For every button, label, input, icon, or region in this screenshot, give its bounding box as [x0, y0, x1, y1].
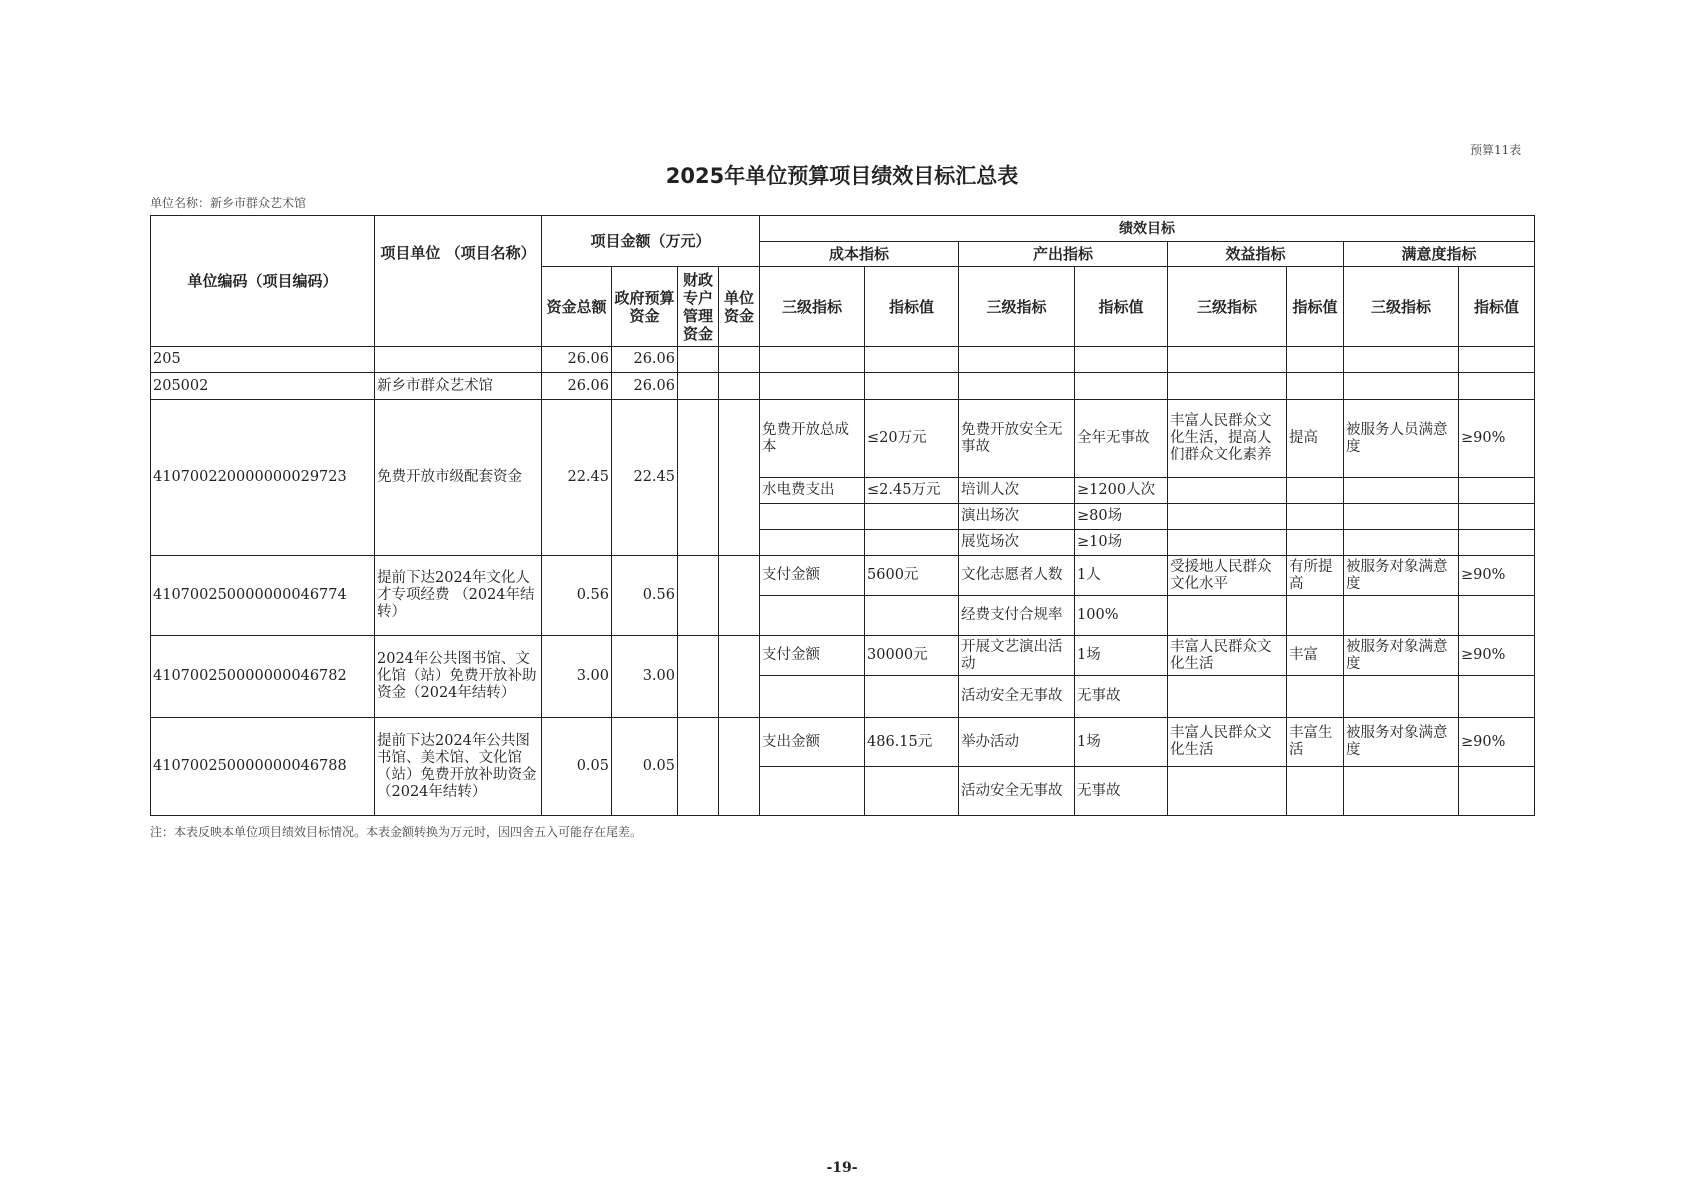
sat-value-cell: ≥90%	[1459, 636, 1535, 676]
output-value-cell: 100%	[1075, 596, 1168, 636]
cost-value-cell	[865, 676, 959, 718]
unit-code-cell: 410700250000000046788	[151, 718, 375, 816]
project-name-cell: 免费开放市级配套资金	[375, 400, 542, 556]
page-number: -19-	[0, 1160, 1684, 1176]
indicator-cell	[1168, 373, 1287, 400]
header-sat-level3: 三级指标	[1344, 267, 1459, 347]
gov-budget-cell: 26.06	[612, 347, 678, 373]
unit-code-cell: 205	[151, 347, 375, 373]
cost-level3-cell: 支付金额	[760, 556, 865, 596]
table-row: 410700250000000046774提前下达2024年文化人才专项经费 （…	[151, 556, 1535, 596]
output-level3-cell: 培训人次	[959, 478, 1075, 504]
sat-level3-cell	[1344, 596, 1459, 636]
sat-level3-cell: 被服务对象满意度	[1344, 556, 1459, 596]
fiscal-special-cell	[678, 636, 719, 718]
fiscal-special-cell	[678, 400, 719, 556]
sat-level3-cell: 被服务对象满意度	[1344, 636, 1459, 676]
header-unit-code: 单位编码（项目编码）	[151, 216, 375, 347]
output-value-cell: 1人	[1075, 556, 1168, 596]
unit-code-cell: 410700220000000029723	[151, 400, 375, 556]
gov-budget-cell: 0.56	[612, 556, 678, 636]
cost-value-cell: 30000元	[865, 636, 959, 676]
summary-row: 20526.0626.06	[151, 347, 1535, 373]
sat-level3-cell	[1344, 767, 1459, 816]
header-output-indicator: 产出指标	[959, 242, 1168, 267]
unit-funds-cell	[719, 636, 760, 718]
output-level3-cell: 举办活动	[959, 718, 1075, 767]
header-cost-indicator: 成本指标	[760, 242, 959, 267]
sat-level3-cell	[1344, 504, 1459, 530]
page-title: 2025年单位预算项目绩效目标汇总表	[0, 160, 1684, 190]
indicator-cell	[760, 347, 865, 373]
output-level3-cell: 开展文艺演出活动	[959, 636, 1075, 676]
table-row: 4107002500000000467822024年公共图书馆、文化馆（站）免费…	[151, 636, 1535, 676]
gov-budget-cell: 22.45	[612, 400, 678, 556]
header-sat-value: 指标值	[1459, 267, 1535, 347]
header-unit-funds: 单位资金	[719, 267, 760, 347]
output-value-cell: 无事故	[1075, 767, 1168, 816]
benefit-level3-cell: 受援地人民群众文化水平	[1168, 556, 1287, 596]
indicator-cell	[1287, 347, 1344, 373]
cost-level3-cell: 水电费支出	[760, 478, 865, 504]
fiscal-special-cell	[678, 556, 719, 636]
project-name-cell	[375, 347, 542, 373]
cost-level3-cell	[760, 530, 865, 556]
header-fiscal-special: 财政专户管理资金	[678, 267, 719, 347]
project-name-cell: 提前下达2024年文化人才专项经费 （2024年结转）	[375, 556, 542, 636]
output-value-cell: ≥10场	[1075, 530, 1168, 556]
sat-value-cell	[1459, 676, 1535, 718]
header-benefit-value: 指标值	[1287, 267, 1344, 347]
sat-level3-cell	[1344, 530, 1459, 556]
benefit-level3-cell	[1168, 504, 1287, 530]
sat-level3-cell	[1344, 676, 1459, 718]
cost-value-cell	[865, 767, 959, 816]
project-name-cell: 提前下达2024年公共图书馆、美术馆、文化馆（站）免费开放补助资金（2024年结…	[375, 718, 542, 816]
header-total-funds: 资金总额	[542, 267, 612, 347]
indicator-cell	[1075, 347, 1168, 373]
unit-name-label: 单位名称：新乡市群众艺术馆	[150, 194, 306, 211]
output-level3-cell: 经费支付合规率	[959, 596, 1075, 636]
output-level3-cell: 免费开放安全无事故	[959, 400, 1075, 478]
fiscal-special-cell	[678, 373, 719, 400]
benefit-value-cell	[1287, 767, 1344, 816]
indicator-cell	[959, 373, 1075, 400]
header-gov-budget: 政府预算资金	[612, 267, 678, 347]
unit-funds-cell	[719, 718, 760, 816]
benefit-value-cell	[1287, 530, 1344, 556]
indicator-cell	[1459, 373, 1535, 400]
indicator-cell	[1344, 347, 1459, 373]
cost-value-cell: 486.15元	[865, 718, 959, 767]
benefit-value-cell	[1287, 676, 1344, 718]
indicator-cell	[1168, 347, 1287, 373]
header-performance-group: 绩效目标	[760, 216, 1535, 242]
benefit-value-cell: 提高	[1287, 400, 1344, 478]
benefit-level3-cell	[1168, 767, 1287, 816]
cost-level3-cell: 免费开放总成本	[760, 400, 865, 478]
cost-value-cell	[865, 504, 959, 530]
indicator-cell	[1075, 373, 1168, 400]
form-number: 预算11表	[1470, 141, 1521, 158]
indicator-cell	[865, 347, 959, 373]
unit-funds-cell	[719, 373, 760, 400]
indicator-cell	[1344, 373, 1459, 400]
cost-value-cell	[865, 596, 959, 636]
gov-budget-cell: 26.06	[612, 373, 678, 400]
benefit-level3-cell: 丰富人民群众文化生活，提高人们群众文化素养	[1168, 400, 1287, 478]
total-funds-cell: 26.06	[542, 347, 612, 373]
sat-value-cell	[1459, 596, 1535, 636]
cost-level3-cell	[760, 676, 865, 718]
output-value-cell: 全年无事故	[1075, 400, 1168, 478]
benefit-level3-cell	[1168, 596, 1287, 636]
cost-level3-cell: 支付金额	[760, 636, 865, 676]
summary-row: 205002新乡市群众艺术馆26.0626.06	[151, 373, 1535, 400]
benefit-value-cell: 丰富生活	[1287, 718, 1344, 767]
total-funds-cell: 22.45	[542, 400, 612, 556]
output-level3-cell: 活动安全无事故	[959, 676, 1075, 718]
cost-level3-cell	[760, 596, 865, 636]
cost-value-cell: ≤20万元	[865, 400, 959, 478]
indicator-cell	[1459, 347, 1535, 373]
unit-funds-cell	[719, 556, 760, 636]
sat-value-cell: ≥90%	[1459, 718, 1535, 767]
benefit-value-cell	[1287, 478, 1344, 504]
unit-code-cell: 410700250000000046774	[151, 556, 375, 636]
project-name-cell: 新乡市群众艺术馆	[375, 373, 542, 400]
output-level3-cell: 活动安全无事故	[959, 767, 1075, 816]
total-funds-cell: 26.06	[542, 373, 612, 400]
header-benefit-level3: 三级指标	[1168, 267, 1287, 347]
output-value-cell: 1场	[1075, 718, 1168, 767]
output-level3-cell: 演出场次	[959, 504, 1075, 530]
project-name-cell: 2024年公共图书馆、文化馆（站）免费开放补助资金（2024年结转）	[375, 636, 542, 718]
unit-funds-cell	[719, 347, 760, 373]
sat-value-cell	[1459, 767, 1535, 816]
output-level3-cell: 文化志愿者人数	[959, 556, 1075, 596]
sat-value-cell: ≥90%	[1459, 400, 1535, 478]
sat-level3-cell: 被服务人员满意度	[1344, 400, 1459, 478]
gov-budget-cell: 0.05	[612, 718, 678, 816]
sat-value-cell	[1459, 504, 1535, 530]
benefit-level3-cell	[1168, 676, 1287, 718]
performance-table: 单位编码（项目编码） 项目单位 （项目名称） 项目金额（万元） 绩效目标 成本指…	[150, 215, 1535, 816]
footnote: 注：本表反映本单位项目绩效目标情况。本表金额转换为万元时，因四舍五入可能存在尾差…	[150, 823, 642, 840]
total-funds-cell: 3.00	[542, 636, 612, 718]
total-funds-cell: 0.56	[542, 556, 612, 636]
sat-level3-cell	[1344, 478, 1459, 504]
output-value-cell: ≥80场	[1075, 504, 1168, 530]
cost-level3-cell: 支出金额	[760, 718, 865, 767]
output-value-cell: 1场	[1075, 636, 1168, 676]
indicator-cell	[865, 373, 959, 400]
header-cost-level3: 三级指标	[760, 267, 865, 347]
benefit-level3-cell	[1168, 478, 1287, 504]
sat-level3-cell: 被服务对象满意度	[1344, 718, 1459, 767]
unit-code-cell: 410700250000000046782	[151, 636, 375, 718]
output-value-cell: 无事故	[1075, 676, 1168, 718]
unit-code-cell: 205002	[151, 373, 375, 400]
sat-value-cell	[1459, 530, 1535, 556]
total-funds-cell: 0.05	[542, 718, 612, 816]
sat-value-cell	[1459, 478, 1535, 504]
header-benefit-indicator: 效益指标	[1168, 242, 1344, 267]
header-output-level3: 三级指标	[959, 267, 1075, 347]
indicator-cell	[959, 347, 1075, 373]
output-level3-cell: 展览场次	[959, 530, 1075, 556]
indicator-cell	[1287, 373, 1344, 400]
header-project-unit: 项目单位 （项目名称）	[375, 216, 542, 347]
indicator-cell	[760, 373, 865, 400]
benefit-value-cell: 有所提高	[1287, 556, 1344, 596]
cost-value-cell: 5600元	[865, 556, 959, 596]
benefit-level3-cell: 丰富人民群众文化生活	[1168, 636, 1287, 676]
cost-level3-cell	[760, 504, 865, 530]
benefit-value-cell: 丰富	[1287, 636, 1344, 676]
unit-funds-cell	[719, 400, 760, 556]
benefit-value-cell	[1287, 596, 1344, 636]
header-satisfaction-indicator: 满意度指标	[1344, 242, 1535, 267]
gov-budget-cell: 3.00	[612, 636, 678, 718]
fiscal-special-cell	[678, 347, 719, 373]
table-row: 410700250000000046788提前下达2024年公共图书馆、美术馆、…	[151, 718, 1535, 767]
header-cost-value: 指标值	[865, 267, 959, 347]
table-row: 410700220000000029723免费开放市级配套资金22.4522.4…	[151, 400, 1535, 478]
benefit-level3-cell: 丰富人民群众文化生活	[1168, 718, 1287, 767]
cost-value-cell	[865, 530, 959, 556]
benefit-value-cell	[1287, 504, 1344, 530]
cost-value-cell: ≤2.45万元	[865, 478, 959, 504]
benefit-level3-cell	[1168, 530, 1287, 556]
fiscal-special-cell	[678, 718, 719, 816]
output-value-cell: ≥1200人次	[1075, 478, 1168, 504]
cost-level3-cell	[760, 767, 865, 816]
header-amount-group: 项目金额（万元）	[542, 216, 760, 267]
header-output-value: 指标值	[1075, 267, 1168, 347]
sat-value-cell: ≥90%	[1459, 556, 1535, 596]
